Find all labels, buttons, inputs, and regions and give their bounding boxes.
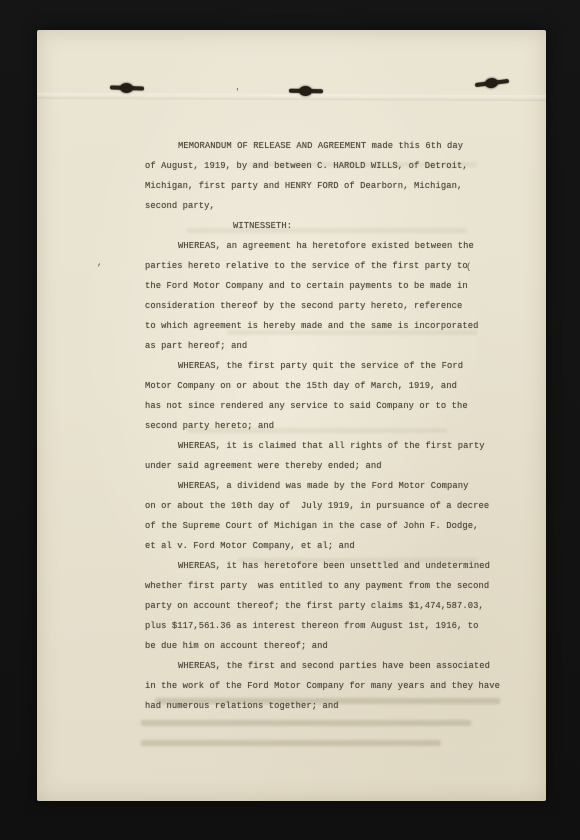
- text-line: WHEREAS, the first and second parties ha…: [145, 656, 517, 676]
- bleed-through-text: [141, 740, 441, 746]
- bleed-through-text: [141, 720, 471, 726]
- text-line: under said agreement were thereby ended;…: [145, 456, 517, 476]
- text-line: of August, 1919, by and between C. HAROL…: [145, 156, 517, 176]
- text-line: parties hereto relative to the service o…: [145, 256, 517, 276]
- stray-mark: ': [235, 90, 240, 96]
- text-line: on or about the 10th day of July 1919, i…: [145, 496, 517, 516]
- text-line: MEMORANDUM OF RELEASE AND AGREEMENT made…: [145, 136, 517, 156]
- whereas-dividend-paragraph: WHEREAS, a dividend was made by the Ford…: [145, 476, 517, 556]
- text-line: WHEREAS, it has heretofore been unsettle…: [145, 556, 517, 576]
- stray-mark: ,: [97, 260, 102, 266]
- witnesseth-heading: WITNESSETH:: [145, 216, 517, 236]
- text-line: plus $117,561.36 as interest thereon fro…: [145, 616, 517, 636]
- paper-fastener-right-icon: [474, 75, 509, 91]
- text-line: WHEREAS, the first party quit the servic…: [145, 356, 517, 376]
- paper-fastener-left-icon: [110, 81, 144, 94]
- fastener-hub: [299, 86, 312, 96]
- text-line: in the work of the Ford Motor Company fo…: [145, 676, 517, 696]
- text-line: whether first party was entitled to any …: [145, 576, 517, 596]
- whereas-agreement-paragraph: WHEREAS, an agreement ha heretofore exis…: [145, 236, 517, 356]
- fastener-hub: [484, 77, 498, 89]
- text-line: consideration thereof by the second part…: [145, 296, 517, 316]
- text-line: second party hereto; and: [145, 416, 517, 436]
- text-line: has not since rendered any service to sa…: [145, 396, 517, 416]
- text-line: the Ford Motor Company and to certain pa…: [145, 276, 517, 296]
- fastener-hub: [120, 83, 133, 93]
- whereas-rights-paragraph: WHEREAS, it is claimed that all rights o…: [145, 436, 517, 476]
- text-line: Michigan, first party and HENRY FORD of …: [145, 176, 517, 196]
- typewritten-text: MEMORANDUM OF RELEASE AND AGREEMENT made…: [145, 136, 517, 716]
- text-line: to which agreement is hereby made and th…: [145, 316, 517, 336]
- paper-fastener-center-icon: [289, 85, 323, 98]
- text-line: WHEREAS, a dividend was made by the Ford…: [145, 476, 517, 496]
- whereas-quit-paragraph: WHEREAS, the first party quit the servic…: [145, 356, 517, 436]
- text-line: as part hereof; and: [145, 336, 517, 356]
- text-line: WITNESSETH:: [145, 216, 517, 236]
- whereas-associated-paragraph: WHEREAS, the first and second parties ha…: [145, 656, 517, 716]
- text-line: had numerous relations together; and: [145, 696, 517, 716]
- text-line: Motor Company on or about the 15th day o…: [145, 376, 517, 396]
- text-line: of the Supreme Court of Michigan in the …: [145, 516, 517, 536]
- text-line: WHEREAS, it is claimed that all rights o…: [145, 436, 517, 456]
- text-line: second party,: [145, 196, 517, 216]
- document-page: , ( ' MEMORANDUM OF RELEASE AND AGREEMEN…: [37, 30, 546, 801]
- photo-background: , ( ' MEMORANDUM OF RELEASE AND AGREEMEN…: [0, 0, 580, 840]
- text-line: WHEREAS, an agreement ha heretofore exis…: [145, 236, 517, 256]
- text-line: be due him on account thereof; and: [145, 636, 517, 656]
- text-line: party on account thereof; the first part…: [145, 596, 517, 616]
- opening-paragraph: MEMORANDUM OF RELEASE AND AGREEMENT made…: [145, 136, 517, 216]
- whereas-unsettled-paragraph: WHEREAS, it has heretofore been unsettle…: [145, 556, 517, 656]
- text-line: et al v. Ford Motor Company, et al; and: [145, 536, 517, 556]
